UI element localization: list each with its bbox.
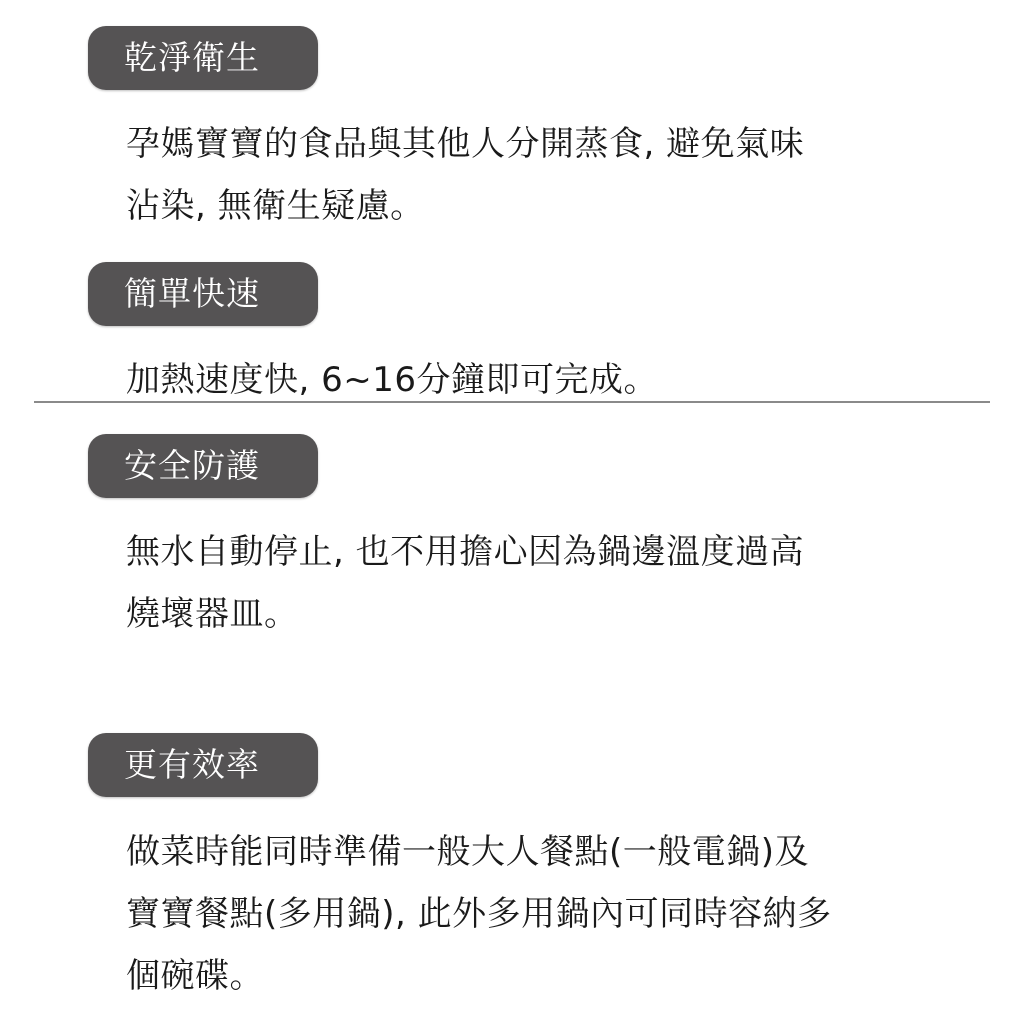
section-body-more-efficient: 做菜時能同時準備一般大人餐點(一般電鍋)及 寶寶餐點(多用鍋), 此外多用鍋內可… [126, 821, 946, 1007]
section-title-more-efficient: 更有效率 [88, 733, 318, 797]
horizontal-divider [34, 401, 990, 403]
body-line: 燒壞器皿。 [126, 583, 946, 645]
body-line: 孕媽寶寶的食品與其他人分開蒸食, 避免氣味 [126, 113, 946, 175]
section-title-safety-protection: 安全防護 [88, 434, 318, 498]
body-line: 無水自動停止, 也不用擔心因為鍋邊溫度過高 [126, 521, 946, 583]
section-title-simple-fast: 簡單快速 [88, 262, 318, 326]
body-line: 個碗碟。 [126, 945, 946, 1007]
section-title-clean-hygiene: 乾淨衛生 [88, 26, 318, 90]
body-line: 沾染, 無衛生疑慮。 [126, 175, 946, 237]
section-body-safety-protection: 無水自動停止, 也不用擔心因為鍋邊溫度過高 燒壞器皿。 [126, 521, 946, 645]
body-line: 寶寶餐點(多用鍋), 此外多用鍋內可同時容納多 [126, 883, 946, 945]
body-line: 做菜時能同時準備一般大人餐點(一般電鍋)及 [126, 821, 946, 883]
section-body-clean-hygiene: 孕媽寶寶的食品與其他人分開蒸食, 避免氣味 沾染, 無衛生疑慮。 [126, 113, 946, 237]
